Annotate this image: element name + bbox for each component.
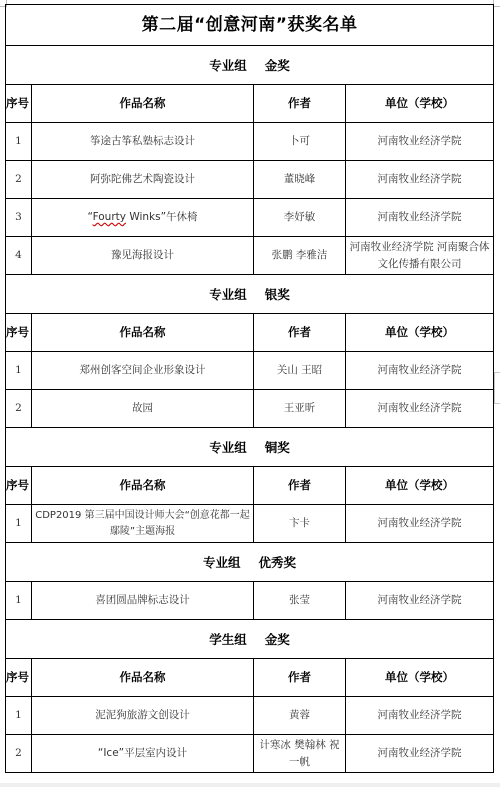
- title-row: 第二届“创意河南”获奖名单: [6, 5, 494, 46]
- cell-author: 张鹏 李雅洁: [254, 237, 346, 275]
- column-header-row: 序号 作品名称 作者 单位（学校）: [6, 659, 494, 697]
- table-row: 2 “Ice”平层室内设计 计寒冰 樊翰林 祝一帆 河南牧业经济学院: [6, 735, 494, 773]
- cell-num: 2: [6, 390, 32, 428]
- scroll-edge-marker: [494, 372, 500, 404]
- cell-unit: 河南牧业经济学院: [346, 735, 494, 773]
- cell-num: 2: [6, 735, 32, 773]
- cell-unit: 河南牧业经济学院: [346, 582, 494, 620]
- col-header-num: 序号: [6, 314, 32, 352]
- page-corner-mark: [493, 0, 500, 7]
- section-heading-row: 专业组银奖: [6, 275, 494, 314]
- col-header-author: 作者: [254, 659, 346, 697]
- cell-unit: 河南牧业经济学院: [346, 505, 494, 543]
- section-group: 专业组: [209, 287, 247, 302]
- cell-unit: 河南牧业经济学院: [346, 199, 494, 237]
- table-row: 1 郑州创客空间企业形象设计 关山 王昭 河南牧业经济学院: [6, 352, 494, 390]
- col-header-work: 作品名称: [32, 659, 254, 697]
- col-header-unit: 单位（学校）: [346, 314, 494, 352]
- cell-author: 计寒冰 樊翰林 祝一帆: [254, 735, 346, 773]
- cell-author: 张莹: [254, 582, 346, 620]
- cell-num: 1: [6, 505, 32, 543]
- cell-work: “Fourty Winks”午休椅: [32, 199, 254, 237]
- cell-num: 4: [6, 237, 32, 275]
- section-award: 金奖: [265, 58, 290, 73]
- section-heading-row: 专业组优秀奖: [6, 543, 494, 582]
- cell-work: 阿弥陀佛艺术陶瓷设计: [32, 161, 254, 199]
- bottom-edge-bar: [0, 783, 500, 787]
- cell-author: 王亚昕: [254, 390, 346, 428]
- col-header-work: 作品名称: [32, 85, 254, 123]
- table-row: 4 豫见海报设计 张鹏 李雅洁 河南牧业经济学院 河南聚合体文化传播有限公司: [6, 237, 494, 275]
- section-award: 金奖: [265, 632, 290, 647]
- cell-num: 1: [6, 123, 32, 161]
- table-row: 3 “Fourty Winks”午休椅 李妤敏 河南牧业经济学院: [6, 199, 494, 237]
- section-heading: 专业组铜奖: [6, 428, 494, 467]
- section-heading: 专业组优秀奖: [6, 543, 494, 582]
- section-award: 银奖: [265, 287, 290, 302]
- col-header-unit: 单位（学校）: [346, 85, 494, 123]
- cell-unit: 河南牧业经济学院: [346, 161, 494, 199]
- column-header-row: 序号 作品名称 作者 单位（学校）: [6, 467, 494, 505]
- col-header-author: 作者: [254, 314, 346, 352]
- col-header-work: 作品名称: [32, 314, 254, 352]
- col-header-unit: 单位（学校）: [346, 659, 494, 697]
- section-group: 专业组: [209, 440, 247, 455]
- section-heading: 学生组金奖: [6, 620, 494, 659]
- cell-author: 关山 王昭: [254, 352, 346, 390]
- cell-unit: 河南牧业经济学院 河南聚合体文化传播有限公司: [346, 237, 494, 275]
- cell-num: 1: [6, 697, 32, 735]
- cell-author: 李妤敏: [254, 199, 346, 237]
- section-group: 专业组: [203, 555, 241, 570]
- col-header-num: 序号: [6, 85, 32, 123]
- cell-work: “Ice”平层室内设计: [32, 735, 254, 773]
- table-row: 1 筝途古筝私塾标志设计 卜可 河南牧业经济学院: [6, 123, 494, 161]
- cell-work: CDP2019 第三届中国设计师大会“创意花都一起鄢陵”主题海报: [32, 505, 254, 543]
- cell-author: 卜可: [254, 123, 346, 161]
- cell-work: 喜团圆品牌标志设计: [32, 582, 254, 620]
- cell-num: 3: [6, 199, 32, 237]
- col-header-work: 作品名称: [32, 467, 254, 505]
- column-header-row: 序号 作品名称 作者 单位（学校）: [6, 85, 494, 123]
- section-heading: 专业组银奖: [6, 275, 494, 314]
- cell-author: 黄蓉: [254, 697, 346, 735]
- col-header-author: 作者: [254, 467, 346, 505]
- cell-unit: 河南牧业经济学院: [346, 697, 494, 735]
- cell-work: 郑州创客空间企业形象设计: [32, 352, 254, 390]
- cell-num: 2: [6, 161, 32, 199]
- cell-num: 1: [6, 582, 32, 620]
- document-title: 第二届“创意河南”获奖名单: [6, 5, 494, 46]
- table-row: 1 泥泥狗旅游文创设计 黄蓉 河南牧业经济学院: [6, 697, 494, 735]
- cell-unit: 河南牧业经济学院: [346, 390, 494, 428]
- cell-work: 豫见海报设计: [32, 237, 254, 275]
- award-list-table: 第二届“创意河南”获奖名单 专业组金奖 序号 作品名称 作者 单位（学校） 1 …: [5, 4, 494, 773]
- col-header-num: 序号: [6, 659, 32, 697]
- cell-work: 故园: [32, 390, 254, 428]
- table-row: 1 喜团圆品牌标志设计 张莹 河南牧业经济学院: [6, 582, 494, 620]
- cell-unit: 河南牧业经济学院: [346, 123, 494, 161]
- spellcheck-underlined-word: Fourty: [93, 211, 126, 223]
- work-text: Winks”午休椅: [126, 211, 198, 223]
- cell-num: 1: [6, 352, 32, 390]
- section-group: 学生组: [209, 632, 247, 647]
- cell-author: 董晓峰: [254, 161, 346, 199]
- cell-work: 泥泥狗旅游文创设计: [32, 697, 254, 735]
- col-header-author: 作者: [254, 85, 346, 123]
- cell-author: 卞卡: [254, 505, 346, 543]
- section-heading-row: 学生组金奖: [6, 620, 494, 659]
- section-heading-row: 专业组金奖: [6, 46, 494, 85]
- section-heading: 专业组金奖: [6, 46, 494, 85]
- section-award: 铜奖: [265, 440, 290, 455]
- table-row: 1 CDP2019 第三届中国设计师大会“创意花都一起鄢陵”主题海报 卞卡 河南…: [6, 505, 494, 543]
- section-group: 专业组: [209, 58, 247, 73]
- section-heading-row: 专业组铜奖: [6, 428, 494, 467]
- col-header-num: 序号: [6, 467, 32, 505]
- section-award: 优秀奖: [259, 555, 297, 570]
- cell-unit: 河南牧业经济学院: [346, 352, 494, 390]
- cell-work: 筝途古筝私塾标志设计: [32, 123, 254, 161]
- col-header-unit: 单位（学校）: [346, 467, 494, 505]
- table-row: 2 阿弥陀佛艺术陶瓷设计 董晓峰 河南牧业经济学院: [6, 161, 494, 199]
- column-header-row: 序号 作品名称 作者 单位（学校）: [6, 314, 494, 352]
- table-row: 2 故园 王亚昕 河南牧业经济学院: [6, 390, 494, 428]
